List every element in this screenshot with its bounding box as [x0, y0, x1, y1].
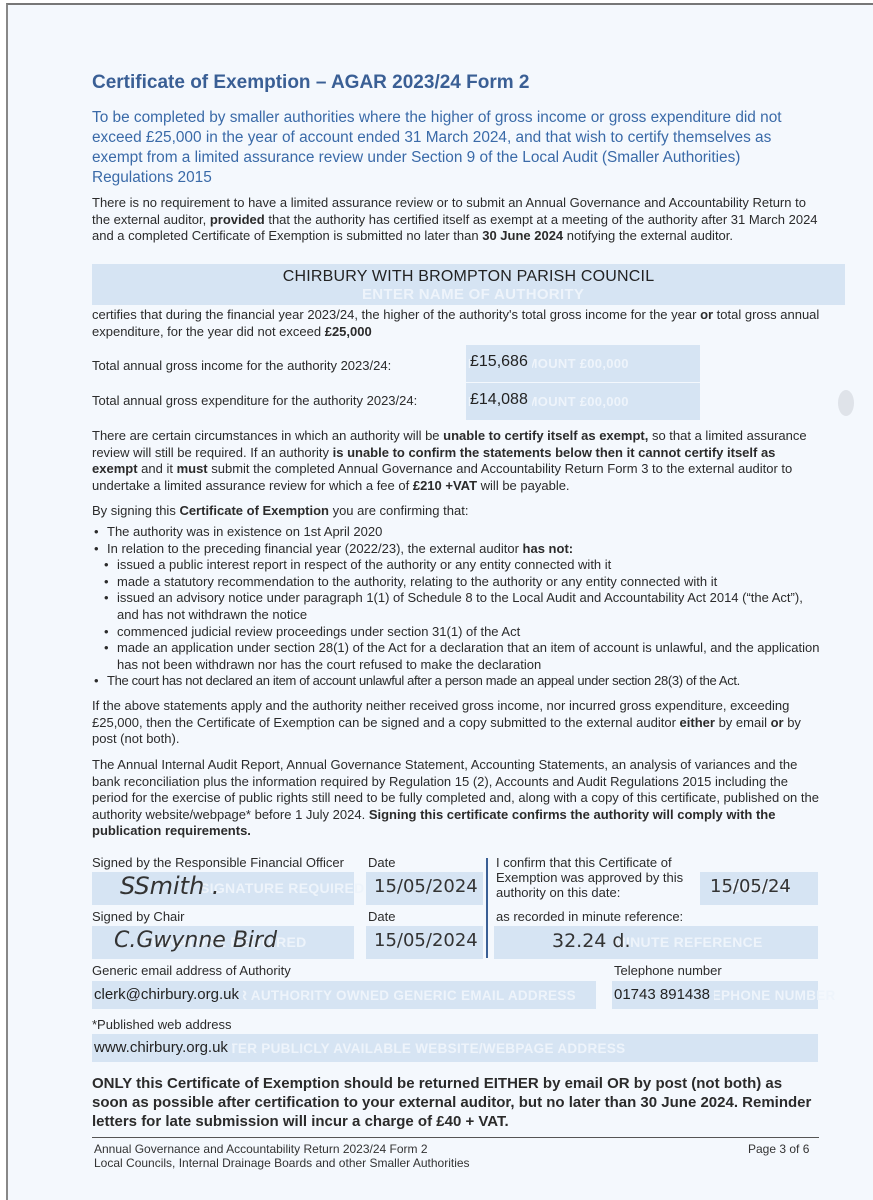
- rfo-signature-placeholder: SIGNATURE REQUIRED: [200, 880, 365, 896]
- certifies-bold-threshold: £25,000: [325, 324, 372, 339]
- certifies-text-1: certifies that during the financial year…: [92, 307, 700, 322]
- signature-divider: [486, 858, 488, 958]
- web-value: www.chirbury.org.uk: [94, 1039, 232, 1056]
- approval-date-field[interactable]: DD/MM/YY 15/05/24: [700, 872, 818, 905]
- bullet-existence: The authority was in existence on 1st Ap…: [92, 524, 822, 541]
- footer-divider: [92, 1137, 819, 1138]
- authority-name-value: CHIRBURY WITH BROMPTON PARISH COUNCIL: [92, 268, 845, 286]
- income-field[interactable]: ENTER AMOUNT £00,000 £15,686: [466, 345, 700, 382]
- certifies-paragraph: certifies that during the financial year…: [92, 307, 822, 340]
- income-label: Total annual gross income for the author…: [92, 358, 391, 373]
- rfo-signature-label: Signed by the Responsible Financial Offi…: [92, 855, 344, 870]
- chair-signature-field[interactable]: SIGNATURE REQUIRED C.Gwynne Bird: [92, 926, 354, 959]
- circumstances-text-3: and it: [138, 461, 177, 476]
- if-above-paragraph: If the above statements apply and the au…: [92, 698, 822, 748]
- rfo-date: 15/05/2024: [374, 876, 478, 897]
- bullet-court: The court has not declared an item of ac…: [92, 673, 822, 690]
- bullet-court-text: The court has not declared an item of ac…: [107, 673, 740, 688]
- sub-bullet: commenced judicial review proceedings un…: [92, 624, 822, 641]
- form-subtitle: To be completed by smaller authorities w…: [92, 108, 792, 188]
- chair-date: 15/05/2024: [374, 930, 478, 951]
- rfo-signature: SSmith .: [120, 872, 220, 900]
- sub-bullet: issued an advisory notice under paragrap…: [92, 590, 822, 623]
- approval-date: 15/05/24: [710, 876, 791, 897]
- bullet-existence-text: The authority was in existence on 1st Ap…: [107, 524, 382, 539]
- footer-form-info: Annual Governance and Accountability Ret…: [94, 1142, 470, 1170]
- bullet-auditor-text: In relation to the preceding financial y…: [107, 541, 523, 556]
- scan-smudge: [838, 390, 854, 416]
- minute-reference-placeholder: MINUTE REFERENCE: [614, 934, 763, 950]
- expenditure-label: Total annual gross expenditure for the a…: [92, 393, 417, 408]
- circumstances-bold-1: unable to certify itself as exempt,: [443, 428, 648, 443]
- if-above-bold-or: or: [771, 715, 784, 730]
- intro-text-3: notifying the external auditor.: [563, 228, 733, 243]
- publication-paragraph: The Annual Internal Audit Report, Annual…: [92, 757, 822, 840]
- by-signing-bold: Certificate of Exemption: [179, 503, 329, 518]
- circumstances-bold-must: must: [177, 461, 208, 476]
- chair-signature: C.Gwynne Bird: [114, 928, 277, 953]
- confirmation-list: The authority was in existence on 1st Ap…: [92, 524, 822, 690]
- email-value: clerk@chirbury.org.uk: [94, 986, 243, 1003]
- certifies-bold-or: or: [700, 307, 713, 322]
- email-field[interactable]: ENTER AUTHORITY OWNED GENERIC EMAIL ADDR…: [92, 981, 596, 1009]
- expenditure-value: £14,088: [470, 391, 532, 409]
- bullet-auditor-bold: has not:: [523, 541, 574, 556]
- expenditure-field[interactable]: ENTER AMOUNT £00,000 £14,088: [466, 383, 700, 420]
- authority-name-field[interactable]: ENTER NAME OF AUTHORITY CHIRBURY WITH BR…: [92, 264, 845, 305]
- if-above-bold-either: either: [680, 715, 715, 730]
- phone-value: 01743 891438: [614, 986, 714, 1003]
- chair-signature-label: Signed by Chair: [92, 909, 185, 924]
- web-address-field[interactable]: ENTER PUBLICLY AVAILABLE WEBSITE/WEBPAGE…: [92, 1034, 818, 1062]
- sub-bullet: made a statutory recommendation to the a…: [92, 574, 822, 591]
- sub-bullet: made an application under section 28(1) …: [92, 640, 822, 673]
- sub-bullet: issued a public interest report in respe…: [92, 557, 822, 574]
- email-placeholder: ENTER AUTHORITY OWNED GENERIC EMAIL ADDR…: [200, 988, 576, 1003]
- if-above-text-2: by email: [715, 715, 771, 730]
- rfo-date-label: Date: [368, 855, 395, 870]
- intro-paragraph: There is no requirement to have a limite…: [92, 195, 822, 245]
- email-label: Generic email address of Authority: [92, 963, 291, 978]
- chair-date-label: Date: [368, 909, 395, 924]
- minute-reference-label: as recorded in minute reference:: [496, 909, 683, 924]
- intro-bold-deadline: 30 June 2024: [482, 228, 563, 243]
- rfo-signature-field[interactable]: SIGNATURE REQUIRED SSmith .: [92, 872, 354, 905]
- rfo-date-field[interactable]: 15/05/2024: [366, 872, 483, 905]
- footer-line-1: Annual Governance and Accountability Ret…: [94, 1142, 470, 1156]
- web-placeholder: ENTER PUBLICLY AVAILABLE WEBSITE/WEBPAGE…: [210, 1041, 625, 1056]
- chair-date-field[interactable]: 15/05/2024: [366, 926, 483, 959]
- by-signing-paragraph: By signing this Certificate of Exemption…: [92, 503, 822, 520]
- by-signing-text-1: By signing this: [92, 503, 179, 518]
- bullet-auditor: In relation to the preceding financial y…: [92, 541, 822, 674]
- web-label: *Published web address: [92, 1017, 231, 1032]
- minute-reference: 32.24 d.: [552, 930, 631, 952]
- circumstances-text-5: will be payable.: [477, 478, 570, 493]
- phone-field[interactable]: ENTER TELEPHONE NUMBER 01743 891438: [612, 981, 818, 1009]
- approval-confirm-label: I confirm that this Certificate of Exemp…: [496, 855, 686, 900]
- intro-bold-provided: provided: [210, 212, 265, 227]
- circumstances-text-1: There are certain circumstances in which…: [92, 428, 443, 443]
- page-number: Page 3 of 6: [748, 1142, 809, 1156]
- minute-reference-field[interactable]: MINUTE REFERENCE 32.24 d.: [494, 926, 818, 959]
- circumstances-paragraph: There are certain circumstances in which…: [92, 428, 822, 494]
- authority-name-placeholder: ENTER NAME OF AUTHORITY: [362, 286, 584, 303]
- return-notice: ONLY this Certificate of Exemption shoul…: [92, 1074, 822, 1131]
- form-title: Certificate of Exemption – AGAR 2023/24 …: [92, 72, 529, 94]
- footer-line-2: Local Councils, Internal Drainage Boards…: [94, 1156, 470, 1170]
- income-value: £15,686: [470, 353, 532, 371]
- by-signing-text-2: you are confirming that:: [329, 503, 468, 518]
- circumstances-bold-fee: £210 +VAT: [413, 478, 477, 493]
- phone-label: Telephone number: [614, 963, 722, 978]
